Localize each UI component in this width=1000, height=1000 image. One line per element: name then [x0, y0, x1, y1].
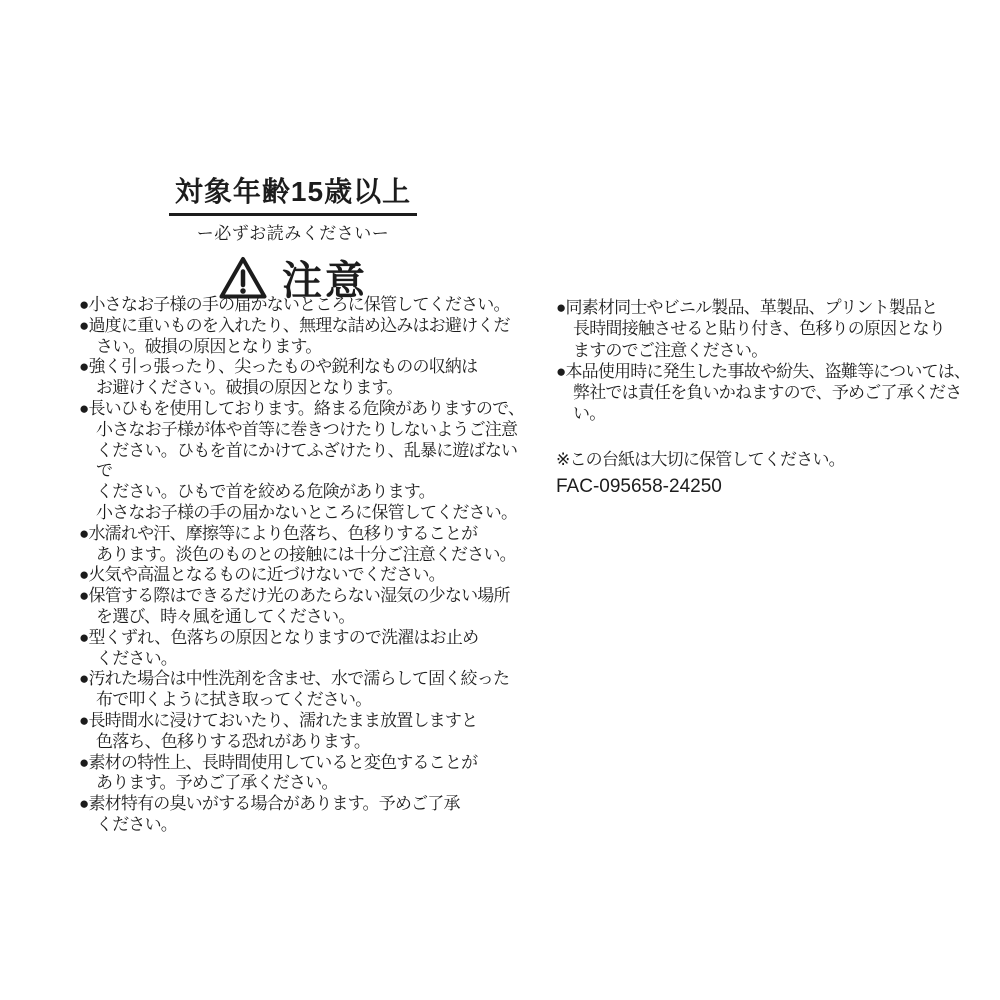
caution-item: ●小さなお子様の手の届かないところに保管してください。	[79, 295, 527, 316]
caution-item: ●同素材同士やビニル製品、革製品、プリント製品と 長時間接触させると貼り付き、色…	[556, 297, 992, 361]
age-title-wrap: 対象年齢15歳以上	[68, 170, 518, 216]
caution-item: ●型くずれ、色落ちの原因となりますので洗濯はお止め ください。	[79, 628, 527, 670]
caution-item: ●水濡れや汗、摩擦等により色落ち、色移りすることが あります。淡色のものとの接触…	[79, 524, 527, 566]
caution-item: ●素材特有の臭いがする場合があります。予めご了承 ください。	[79, 794, 527, 836]
header: 対象年齢15歳以上 ー必ずお読みくださいー 注意	[68, 170, 518, 306]
right-warning-column: ●同素材同士やビニル製品、革製品、プリント製品と 長時間接触させると貼り付き、色…	[556, 297, 992, 497]
caution-item: ●過度に重いものを入れたり、無理な詰め込みはお避けくだ さい。破損の原因となりま…	[79, 316, 527, 358]
product-code: FAC-095658-24250	[556, 476, 992, 497]
read-instruction: ー必ずお読みくださいー	[68, 219, 518, 244]
card-storage-note: ※この台紙は大切に保管してください。	[556, 449, 992, 470]
caution-card-page: 対象年齢15歳以上 ー必ずお読みくださいー 注意 ●小さなお子様の手の届かないと…	[0, 0, 1000, 1000]
caution-item: ●火気や高温となるものに近づけないでください。	[79, 565, 527, 586]
caution-item: ●長いひもを使用しております。絡まる危険がありますので、 小さなお子様が体や首等…	[79, 399, 527, 524]
age-restriction-title: 対象年齢15歳以上	[169, 170, 417, 216]
caution-item: ●汚れた場合は中性洗剤を含ませ、水で濡らして固く絞った 布で叩くように拭き取って…	[79, 669, 527, 711]
left-warning-column: ●小さなお子様の手の届かないところに保管してください。 ●過度に重いものを入れた…	[79, 295, 527, 836]
warning-triangle-icon	[218, 255, 268, 301]
caution-item: ●保管する際はできるだけ光のあたらない湿気の少ない場所 を選び、時々風を通してく…	[79, 586, 527, 628]
caution-item: ●強く引っ張ったり、尖ったものや鋭利なものの収納は お避けください。破損の原因と…	[79, 357, 527, 399]
caution-item: ●長時間水に浸けておいたり、濡れたまま放置しますと 色落ち、色移りする恐れがあり…	[79, 711, 527, 753]
caution-item: ●素材の特性上、長時間使用していると変色することが あります。予めご了承ください…	[79, 753, 527, 795]
caution-item: ●本品使用時に発生した事故や紛失、盗難等については、 弊社では責任を負いかねます…	[556, 361, 992, 425]
